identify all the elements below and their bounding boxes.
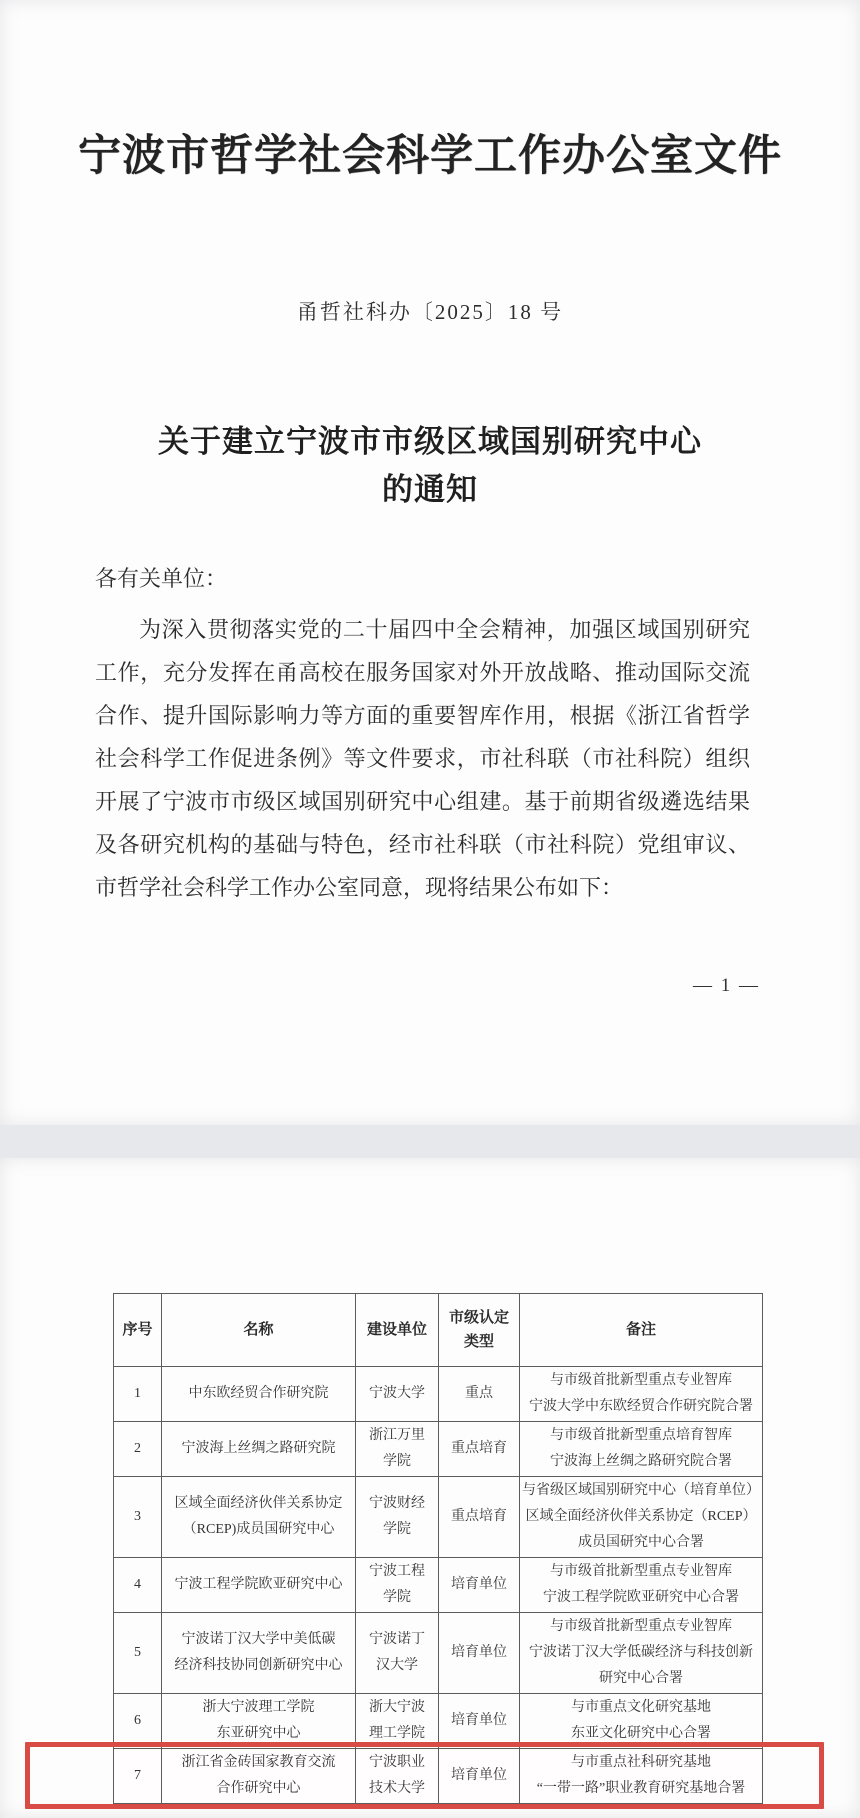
document-page-2: 序号 名称 建设单位 市级认定 类型 备注 1中东欧经贸合作研究院宁波大学重点与… — [0, 1158, 860, 1818]
cell-type: 重点培育 — [439, 1477, 520, 1558]
table-row: 6浙大宁波理工学院 东亚研究中心浙大宁波 理工学院培育单位与市重点文化研究基地 … — [114, 1694, 763, 1749]
cell-remark: 与省级区域国别研究中心（培育单位） 区域全面经济伙伴关系协定（RCEP） 成员国… — [520, 1477, 763, 1558]
cell-name: 浙大宁波理工学院 东亚研究中心 — [162, 1694, 356, 1749]
document-page-1: 宁波市哲学社会科学工作办公室文件 甬哲社科办〔2025〕18 号 关于建立宁波市… — [0, 0, 860, 1125]
table-header-row: 序号 名称 建设单位 市级认定 类型 备注 — [114, 1294, 763, 1367]
header-cell-name: 名称 — [162, 1294, 356, 1367]
cell-no: 3 — [114, 1477, 162, 1558]
cell-name: 宁波诺丁汉大学中美低碳 经济科技协同创新研究中心 — [162, 1613, 356, 1694]
document-number: 甬哲社科办〔2025〕18 号 — [0, 296, 860, 326]
table-row: 1中东欧经贸合作研究院宁波大学重点与市级首批新型重点专业智库 宁波大学中东欧经贸… — [114, 1367, 763, 1422]
cell-name: 区域全面经济伙伴关系协定 （RCEP)成员国研究中心 — [162, 1477, 356, 1558]
cell-unit: 宁波财经 学院 — [356, 1477, 439, 1558]
table-row: 3区域全面经济伙伴关系协定 （RCEP)成员国研究中心宁波财经 学院重点培育与省… — [114, 1477, 763, 1558]
page-gap-divider — [0, 1125, 860, 1158]
header-cell-no: 序号 — [114, 1294, 162, 1367]
cell-unit: 宁波职业 技术大学 — [356, 1749, 439, 1804]
cell-name: 宁波工程学院欧亚研究中心 — [162, 1558, 356, 1613]
cell-no: 7 — [114, 1749, 162, 1804]
cell-no: 6 — [114, 1694, 162, 1749]
cell-type: 重点培育 — [439, 1422, 520, 1477]
cell-unit: 宁波工程 学院 — [356, 1558, 439, 1613]
cell-name: 中东欧经贸合作研究院 — [162, 1367, 356, 1422]
header-cell-type: 市级认定 类型 — [439, 1294, 520, 1367]
cell-type: 培育单位 — [439, 1558, 520, 1613]
table-row: 4宁波工程学院欧亚研究中心宁波工程 学院培育单位与市级首批新型重点专业智库 宁波… — [114, 1558, 763, 1613]
cell-remark: 与市级首批新型重点专业智库 宁波诺丁汉大学低碳经济与科技创新 研究中心合署 — [520, 1613, 763, 1694]
page-number: — 1 — — [693, 975, 760, 997]
document-screenshot: { "colors": { "highlight_red": "#d94b45"… — [0, 0, 860, 1818]
cell-no: 1 — [114, 1367, 162, 1422]
cell-remark: 与市级首批新型重点专业智库 宁波工程学院欧亚研究中心合署 — [520, 1558, 763, 1613]
cell-remark: 与市重点文化研究基地 东亚文化研究中心合署 — [520, 1694, 763, 1749]
table-row: 2宁波海上丝绸之路研究院浙江万里 学院重点培育与市级首批新型重点培育智库 宁波海… — [114, 1422, 763, 1477]
cell-no: 2 — [114, 1422, 162, 1477]
cell-type: 重点 — [439, 1367, 520, 1422]
body-paragraph: 为深入贯彻落实党的二十届四中全会精神，加强区域国别研究工作，充分发挥在甬高校在服… — [95, 608, 750, 909]
cell-remark: 与市重点社科研究基地 “一带一路”职业教育研究基地合署 — [520, 1749, 763, 1804]
cell-unit: 浙大宁波 理工学院 — [356, 1694, 439, 1749]
table-container: 序号 名称 建设单位 市级认定 类型 备注 1中东欧经贸合作研究院宁波大学重点与… — [113, 1293, 763, 1804]
salutation: 各有关单位： — [95, 562, 227, 593]
header-cell-remark: 备注 — [520, 1294, 763, 1367]
cell-no: 4 — [114, 1558, 162, 1613]
cell-type: 培育单位 — [439, 1749, 520, 1804]
recognition-centers-table: 序号 名称 建设单位 市级认定 类型 备注 1中东欧经贸合作研究院宁波大学重点与… — [113, 1293, 763, 1804]
cell-no: 5 — [114, 1613, 162, 1694]
cell-remark: 与市级首批新型重点专业智库 宁波大学中东欧经贸合作研究院合署 — [520, 1367, 763, 1422]
cell-type: 培育单位 — [439, 1694, 520, 1749]
cell-remark: 与市级首批新型重点培育智库 宁波海上丝绸之路研究院合署 — [520, 1422, 763, 1477]
cell-name: 浙江省金砖国家教育交流 合作研究中心 — [162, 1749, 356, 1804]
cell-name: 宁波海上丝绸之路研究院 — [162, 1422, 356, 1477]
header-cell-unit: 建设单位 — [356, 1294, 439, 1367]
cell-unit: 宁波大学 — [356, 1367, 439, 1422]
notice-title: 关于建立宁波市市级区域国别研究中心 的通知 — [0, 418, 860, 514]
document-header-title: 宁波市哲学社会科学工作办公室文件 — [0, 122, 860, 183]
table-row: 5宁波诺丁汉大学中美低碳 经济科技协同创新研究中心宁波诺丁 汉大学培育单位与市级… — [114, 1613, 763, 1694]
table-row: 7浙江省金砖国家教育交流 合作研究中心宁波职业 技术大学培育单位与市重点社科研究… — [114, 1749, 763, 1804]
cell-unit: 宁波诺丁 汉大学 — [356, 1613, 439, 1694]
cell-unit: 浙江万里 学院 — [356, 1422, 439, 1477]
cell-type: 培育单位 — [439, 1613, 520, 1694]
